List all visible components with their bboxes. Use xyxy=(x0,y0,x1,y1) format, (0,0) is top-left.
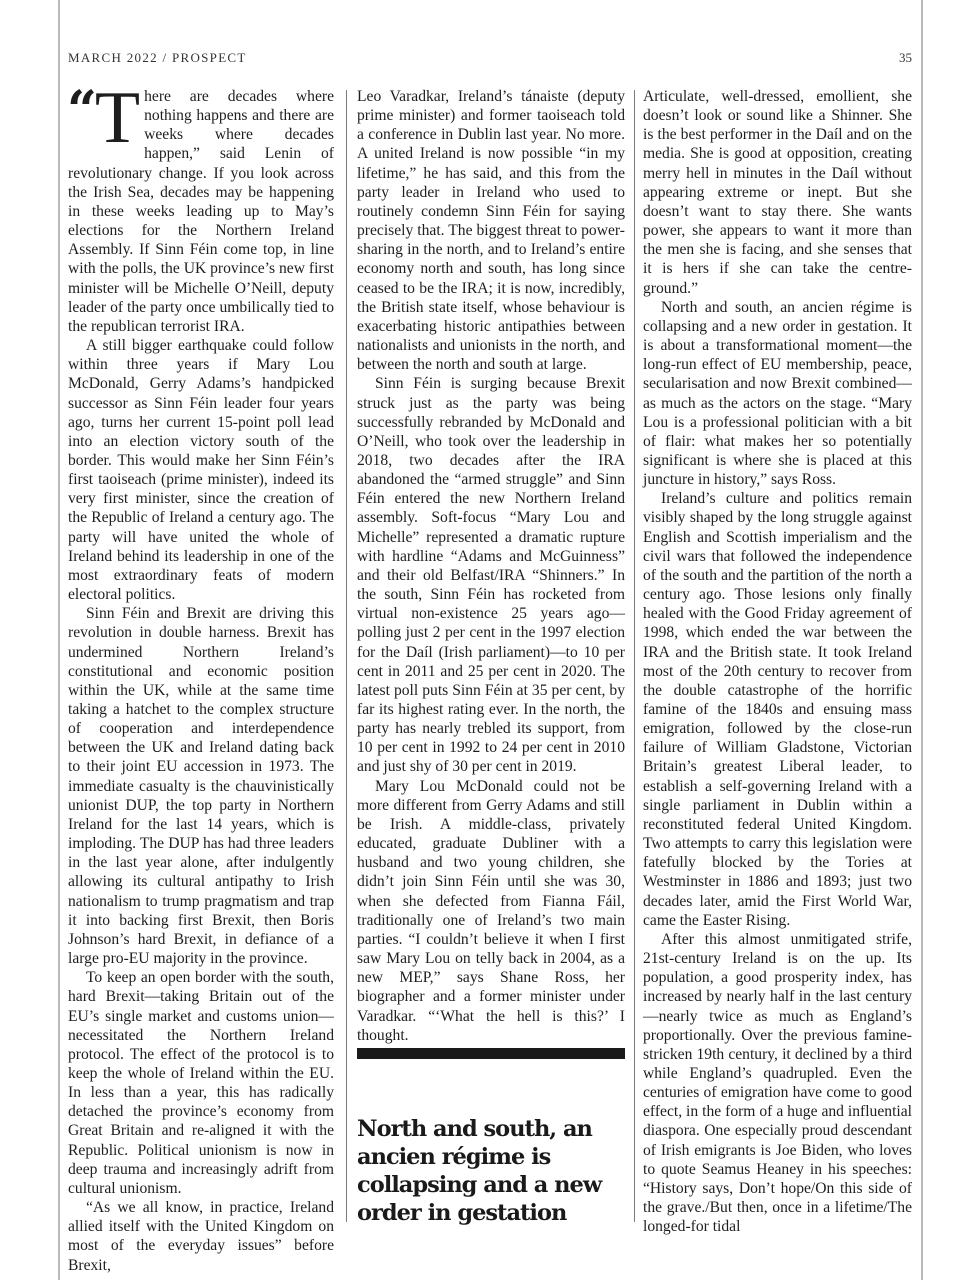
running-head: MARCH 2022 / PROSPECT xyxy=(68,50,247,66)
article-column-1: “ T here are decades where nothing happe… xyxy=(68,87,334,1275)
article-paragraph: Ireland’s culture and politics remain vi… xyxy=(643,489,912,930)
drop-cap-block: “ T xyxy=(67,87,140,145)
article-paragraph: Sinn Féin and Brexit are driving this re… xyxy=(68,604,334,968)
opening-quote-mark: “ xyxy=(67,89,93,133)
article-paragraph: Sinn Féin is surging because Brexit stru… xyxy=(357,374,625,776)
page-number: 35 xyxy=(899,50,912,66)
article-paragraph: “As we all know, in practice, Ireland al… xyxy=(68,1198,334,1275)
article-column-3: Articulate, well-dressed, emollient, she… xyxy=(643,87,912,1236)
article-paragraph: A still bigger earthquake could follow w… xyxy=(68,336,334,604)
column-separator xyxy=(634,90,635,1222)
article-paragraph: North and south, an ancien régime is col… xyxy=(643,298,912,490)
article-paragraph: Articulate, well-dressed, emollient, she… xyxy=(643,87,912,298)
page-edge-right xyxy=(921,0,923,1280)
page-edge-left xyxy=(58,0,60,1280)
column-separator xyxy=(346,90,347,1222)
article-paragraph: Leo Varadkar, Ireland’s tánaiste (deputy… xyxy=(357,87,625,374)
drop-cap: T xyxy=(95,89,140,147)
article-paragraph: Mary Lou McDonald could not be more diff… xyxy=(357,777,625,1045)
article-paragraph: “ T here are decades where nothing happe… xyxy=(68,87,334,336)
pull-quote-rule xyxy=(357,1048,625,1059)
article-column-2: Leo Varadkar, Ireland’s tánaiste (deputy… xyxy=(357,87,625,1045)
article-paragraph: To keep an open border with the south, h… xyxy=(68,968,334,1198)
article-paragraph: After this almost unmitigated strife, 21… xyxy=(643,930,912,1237)
pull-quote: North and south, an ancien régime is col… xyxy=(357,1115,625,1227)
